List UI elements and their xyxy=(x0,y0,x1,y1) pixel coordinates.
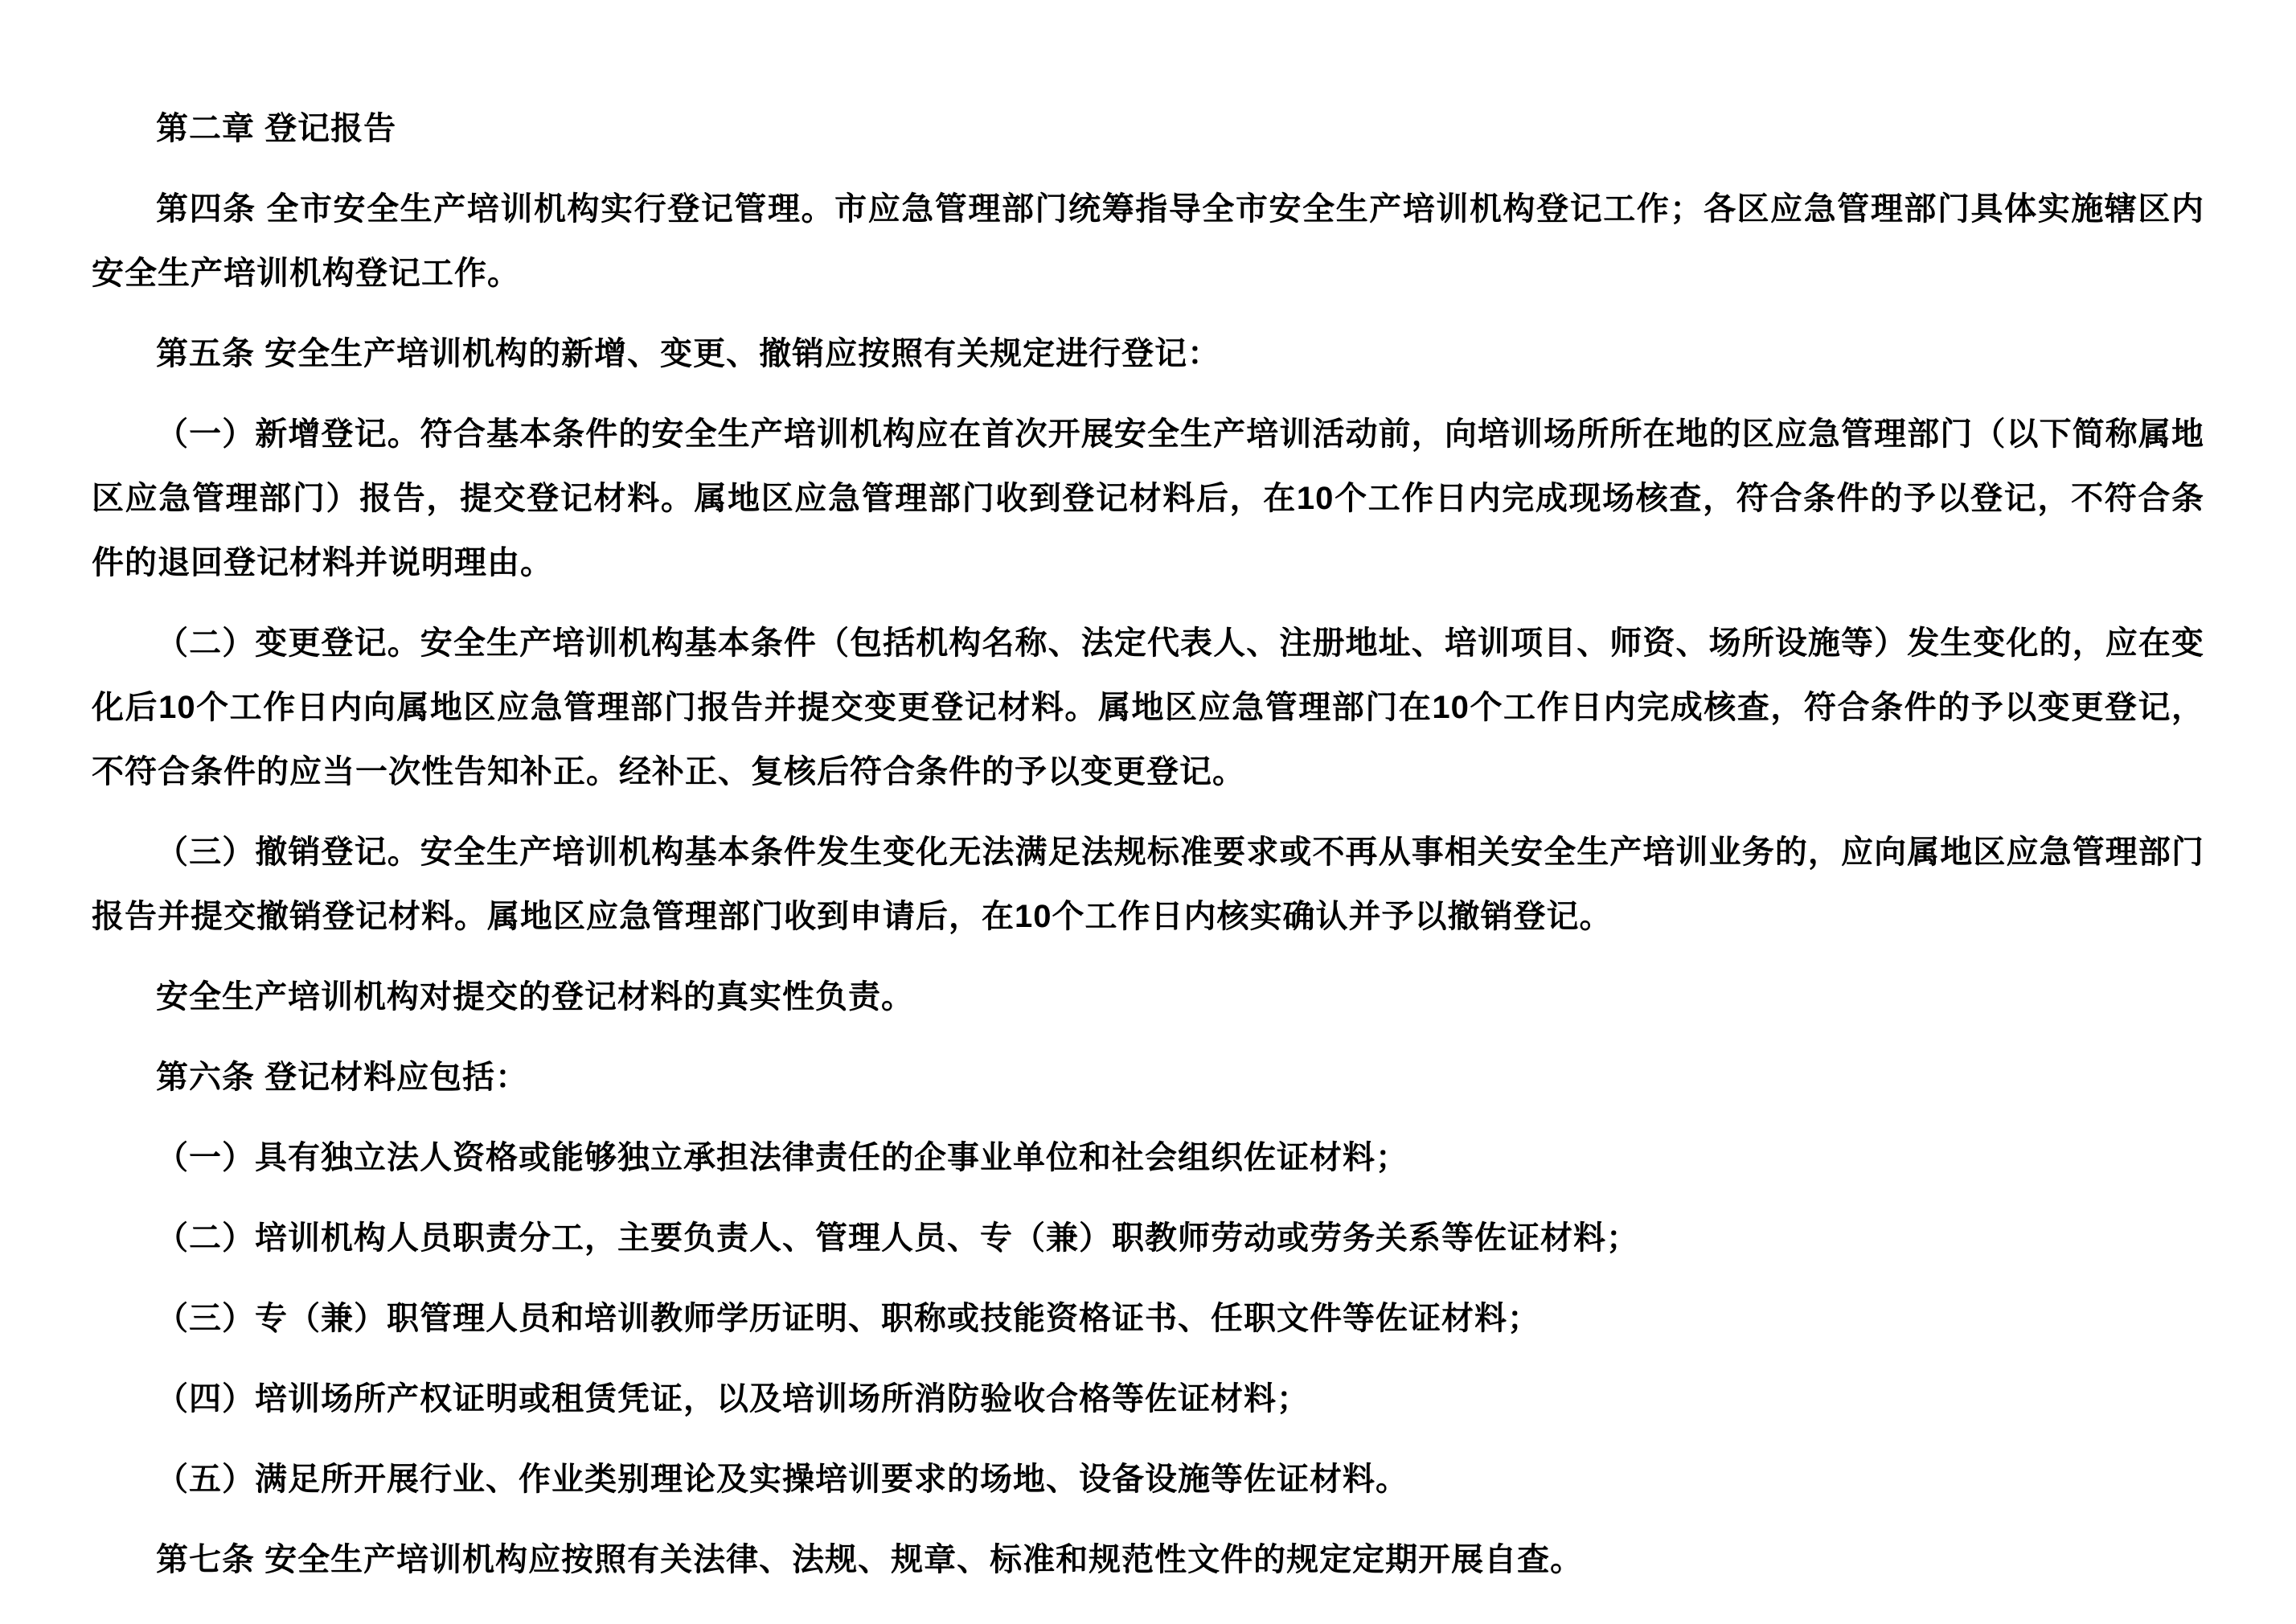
article-5-item-1-new-registration: （一）新增登记。符合基本条件的安全生产培训机构应在首次开展安全生产培训活动前，向… xyxy=(92,402,2204,595)
article-6-paragraph: 第六条 登记材料应包括： xyxy=(92,1045,2204,1109)
article-6-item-1: （一）具有独立法人资格或能够独立承担法律责任的企事业单位和社会组织佐证材料； xyxy=(92,1126,2204,1190)
article-6-item-2: （二）培训机构人员职责分工，主要负责人、管理人员、专（兼）职教师劳动或劳务关系等… xyxy=(92,1206,2204,1270)
article-6-item-3: （三）专（兼）职管理人员和培训教师学历证明、职称或技能资格证书、任职文件等佐证材… xyxy=(92,1286,2204,1351)
document-page: 第二章 登记报告 第四条 全市安全生产培训机构实行登记管理。市应急管理部门统筹指… xyxy=(0,0,2296,1624)
article-7-paragraph: 第七条 安全生产培训机构应按照有关法律、法规、规章、标准和规范性文件的规定定期开… xyxy=(92,1528,2204,1592)
article-5-closing-paragraph: 安全生产培训机构对提交的登记材料的真实性负责。 xyxy=(92,965,2204,1029)
article-6-item-5: （五）满足所开展行业、作业类别理论及实操培训要求的场地、设备设施等佐证材料。 xyxy=(92,1447,2204,1511)
article-4-paragraph: 第四条 全市安全生产培训机构实行登记管理。市应急管理部门统筹指导全市安全生产培训… xyxy=(92,177,2204,306)
chapter-heading: 第二章 登记报告 xyxy=(92,96,2204,161)
article-5-item-2-change-registration: （二）变更登记。安全生产培训机构基本条件（包括机构名称、法定代表人、注册地址、培… xyxy=(92,611,2204,804)
article-5-paragraph: 第五条 安全生产培训机构的新增、变更、撤销应按照有关规定进行登记： xyxy=(92,322,2204,386)
article-6-item-4: （四）培训场所产权证明或租赁凭证，以及培训场所消防验收合格等佐证材料； xyxy=(92,1367,2204,1431)
article-5-item-3-cancel-registration: （三）撤销登记。安全生产培训机构基本条件发生变化无法满足法规标准要求或不再从事相… xyxy=(92,820,2204,949)
